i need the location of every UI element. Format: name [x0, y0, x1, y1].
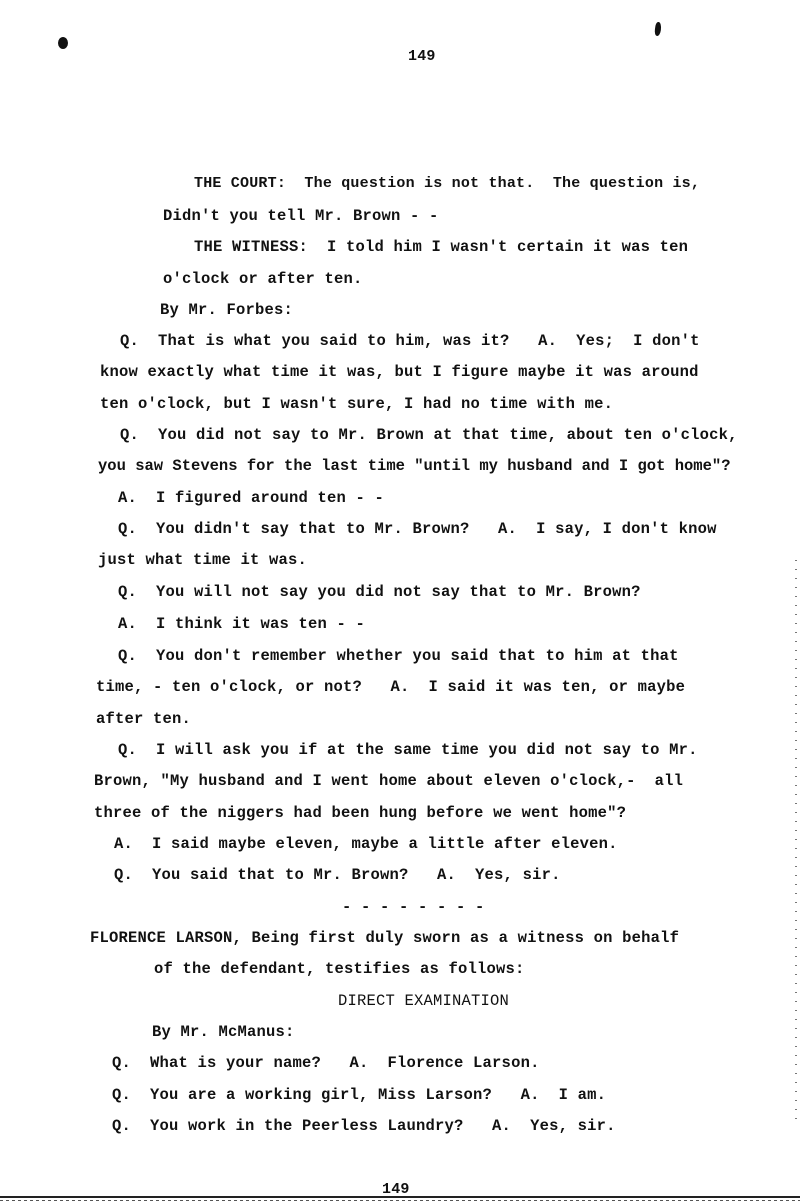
- punch-hole-mark: [58, 37, 68, 49]
- bottom-rule: [0, 1196, 800, 1198]
- qa-line: three of the niggers had been hung befor…: [94, 803, 626, 823]
- qa-line: Q. What is your name? A. Florence Larson…: [112, 1053, 540, 1073]
- qa-line: Q. You did not say to Mr. Brown at that …: [120, 425, 738, 445]
- examiner-label: By Mr. Forbes:: [160, 300, 293, 320]
- witness-intro: FLORENCE LARSON, Being first duly sworn …: [90, 928, 679, 948]
- qa-line: Q. You said that to Mr. Brown? A. Yes, s…: [114, 865, 561, 885]
- qa-line: Q. You are a working girl, Miss Larson? …: [112, 1085, 606, 1105]
- qa-line: Q. You work in the Peerless Laundry? A. …: [112, 1116, 616, 1136]
- witness-statement: THE WITNESS: I told him I wasn't certain…: [194, 237, 688, 257]
- qa-line: you saw Stevens for the last time "until…: [98, 456, 731, 476]
- scan-edge-noise: [795, 560, 797, 1120]
- qa-line: time, - ten o'clock, or not? A. I said i…: [96, 677, 685, 697]
- qa-line: A. I think it was ten - -: [118, 614, 365, 634]
- qa-line: Q. You didn't say that to Mr. Brown? A. …: [118, 519, 717, 539]
- qa-line: Q. You will not say you did not say that…: [118, 582, 641, 602]
- qa-line: after ten.: [96, 709, 191, 729]
- qa-line: ten o'clock, but I wasn't sure, I had no…: [100, 394, 613, 414]
- qa-line: Brown, "My husband and I went home about…: [94, 771, 683, 791]
- transcript-page: 149 THE COURT: The question is not that.…: [0, 0, 800, 1204]
- qa-line: A. I figured around ten - -: [118, 488, 384, 508]
- qa-line: know exactly what time it was, but I fig…: [100, 362, 699, 382]
- ink-mark: [654, 22, 662, 37]
- bottom-rule-dotted: [0, 1200, 800, 1201]
- page-number-top: 149: [408, 48, 436, 65]
- qa-line: A. I said maybe eleven, maybe a little a…: [114, 834, 618, 854]
- examiner-label: By Mr. McManus:: [152, 1022, 295, 1042]
- court-statement: THE COURT: The question is not that. The…: [194, 174, 700, 194]
- court-statement-cont: Didn't you tell Mr. Brown - -: [163, 206, 439, 226]
- qa-line: Q. You don't remember whether you said t…: [118, 646, 679, 666]
- qa-line: Q. I will ask you if at the same time yo…: [118, 740, 698, 760]
- section-divider: - - - - - - - -: [342, 897, 485, 917]
- witness-statement-cont: o'clock or after ten.: [163, 269, 363, 289]
- qa-line: Q. That is what you said to him, was it?…: [120, 331, 700, 351]
- witness-intro-cont: of the defendant, testifies as follows:: [154, 959, 525, 979]
- qa-line: just what time it was.: [98, 550, 307, 570]
- section-heading: DIRECT EXAMINATION: [338, 991, 509, 1011]
